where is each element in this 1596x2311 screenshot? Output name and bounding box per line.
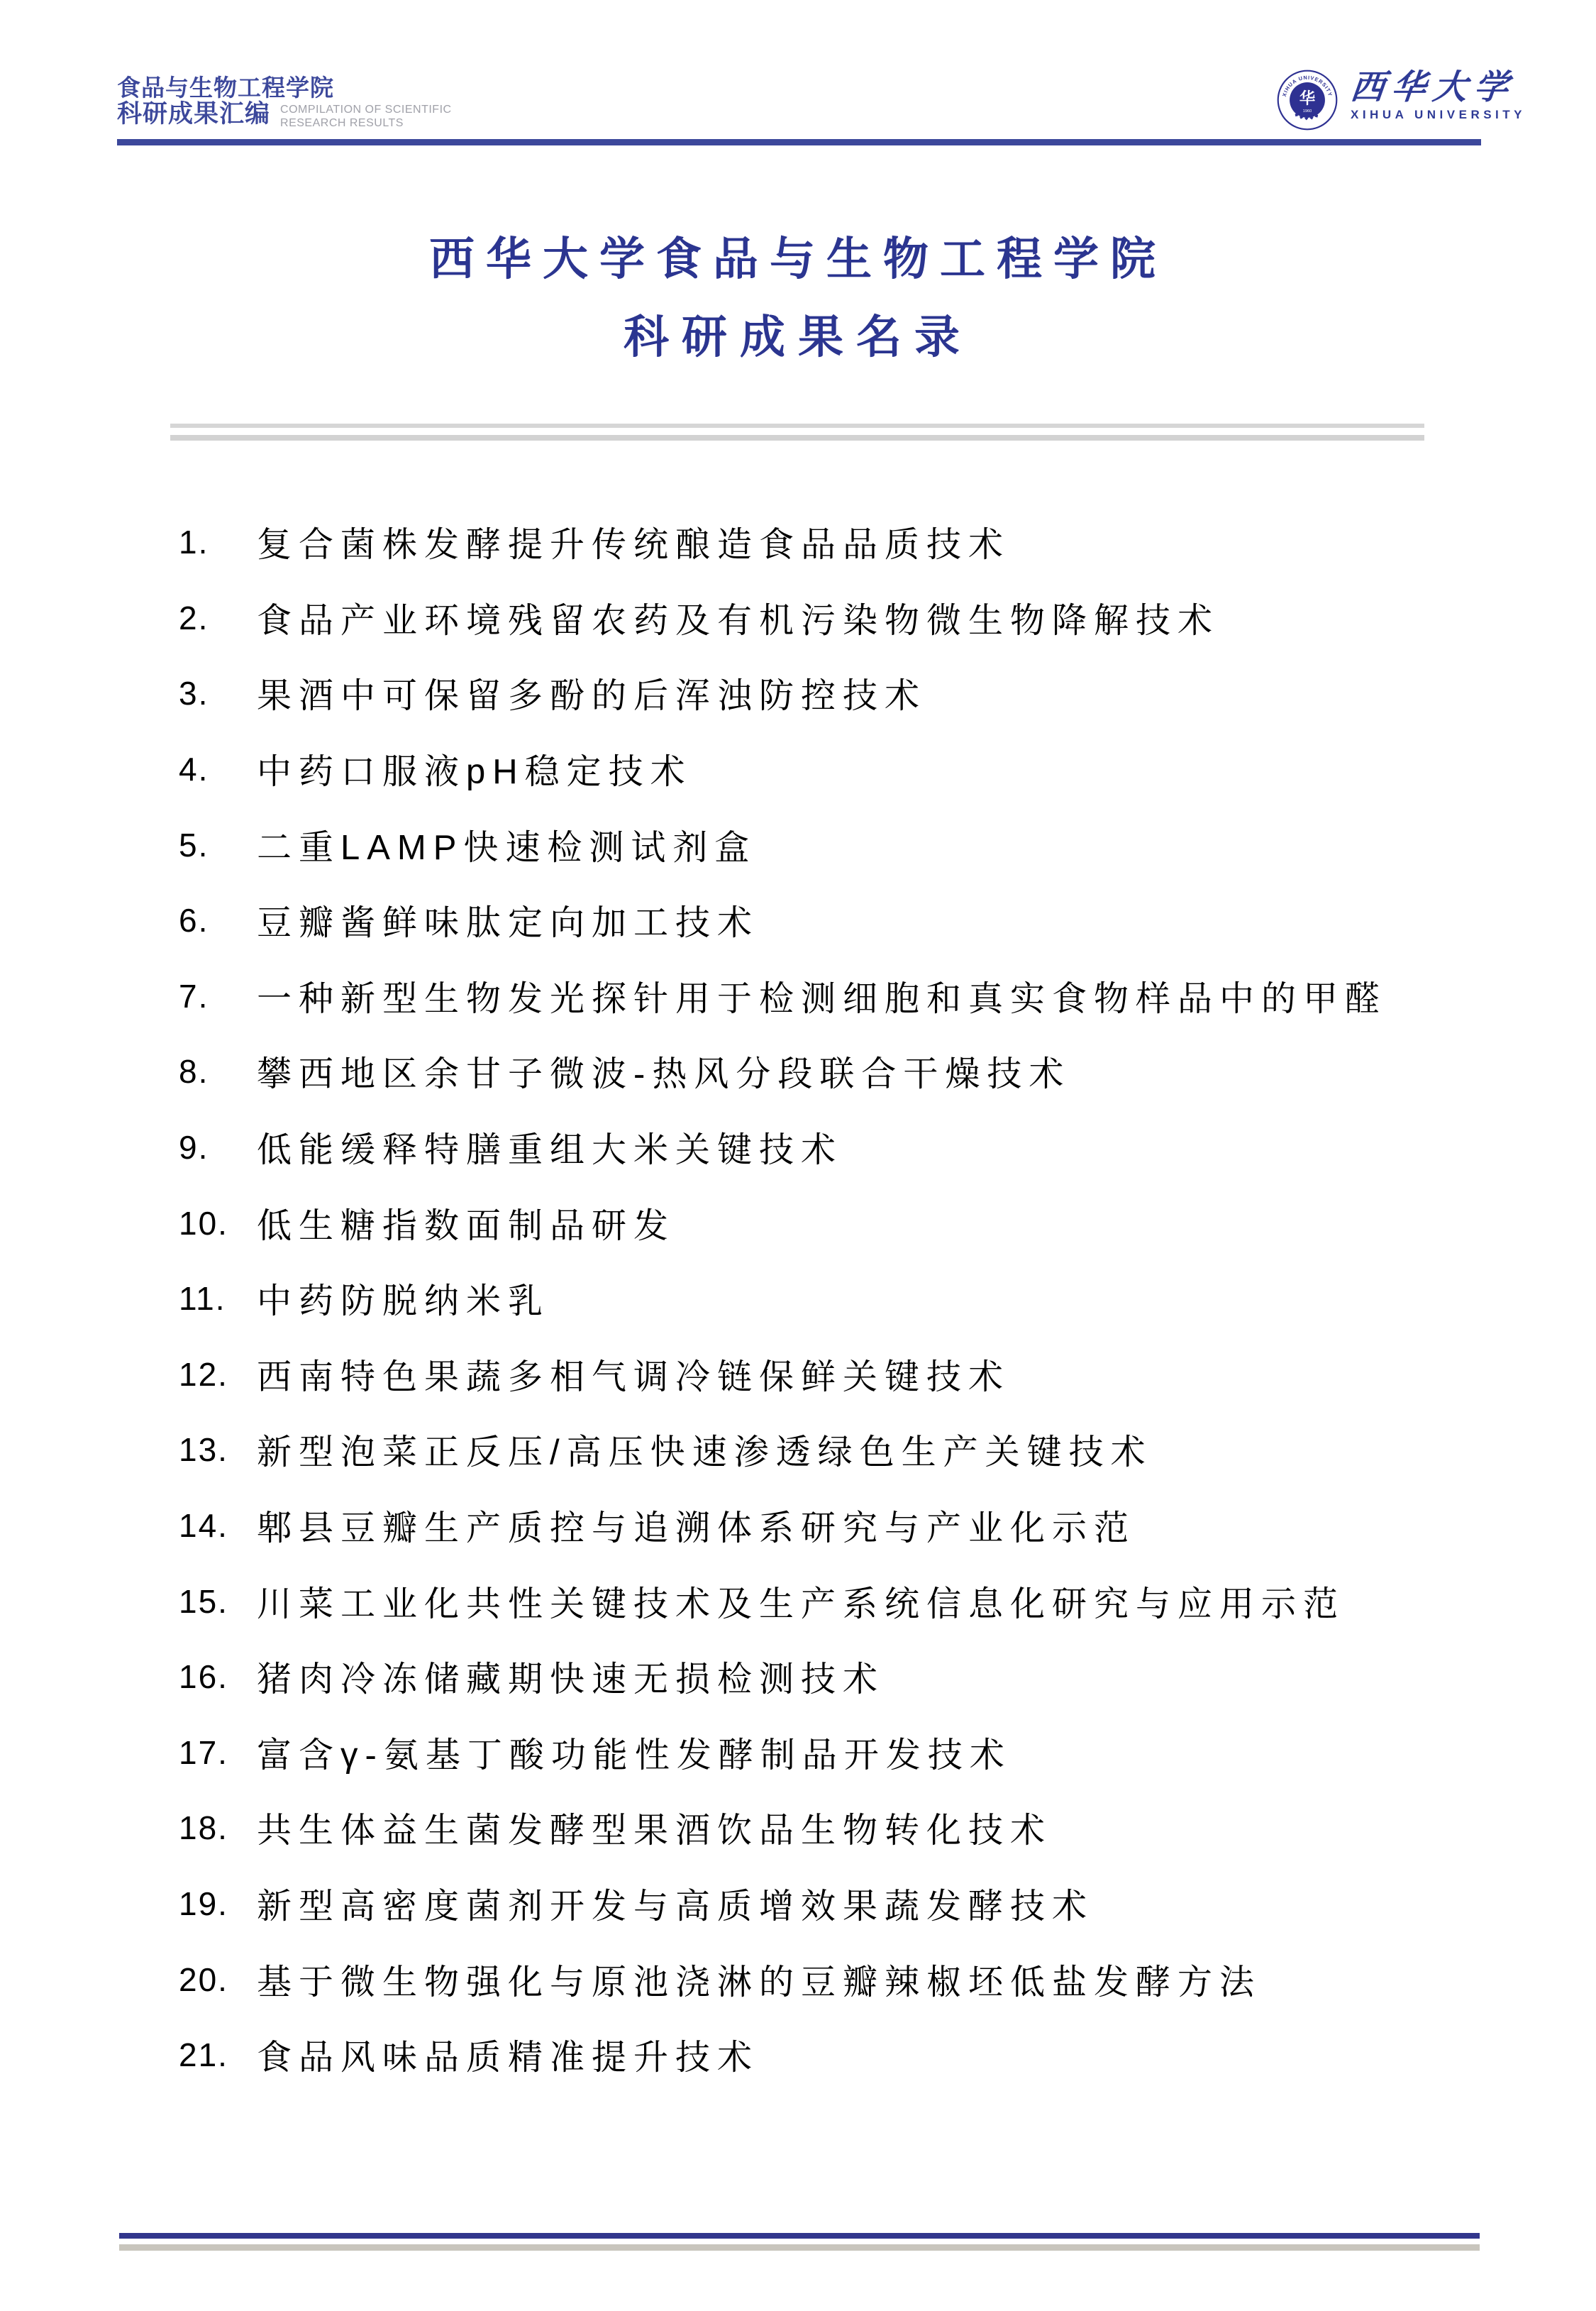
- list-item: 17.富含γ-氨基丁酸功能性发酵制品开发技术: [0, 1715, 1596, 1791]
- list-item-number: 8.: [179, 1052, 257, 1091]
- list-item-text: 豆瓣酱鲜味肽定向加工技术: [257, 895, 759, 945]
- list-item-number: 20.: [179, 1960, 257, 1999]
- list-item-text: 一种新型生物发光探针用于检测细胞和真实食物样品中的甲醛: [257, 971, 1387, 1021]
- list-item-text: 新型高密度菌剂开发与高质增效果蔬发酵技术: [257, 1879, 1094, 1929]
- list-item: 11.中药防脱纳米乳: [0, 1261, 1596, 1337]
- list-item-number: 13.: [179, 1430, 257, 1469]
- list-item: 3.果酒中可保留多酚的后浑浊防控技术: [0, 656, 1596, 732]
- list-item-text: 攀西地区余甘子微波-热风分段联合干燥技术: [257, 1047, 1070, 1096]
- list-item: 7.一种新型生物发光探针用于检测细胞和真实食物样品中的甲醛: [0, 959, 1596, 1035]
- list-item-text: 基于微生物强化与原池浇淋的豆瓣辣椒坯低盐发酵方法: [257, 1955, 1261, 2004]
- list-item-number: 9.: [179, 1128, 257, 1166]
- list-item-number: 10.: [179, 1204, 257, 1242]
- page-title-line1: 西华大学食品与生物工程学院: [0, 228, 1596, 289]
- list-item-text: 食品风味品质精准提升技术: [257, 2030, 759, 2080]
- list-item: 6.豆瓣酱鲜味肽定向加工技术: [0, 883, 1596, 959]
- list-item-text: 果酒中可保留多酚的后浑浊防控技术: [257, 668, 926, 718]
- list-item: 4.中药口服液pH稳定技术: [0, 732, 1596, 807]
- list-item-text: 低生糖指数面制品研发: [257, 1198, 675, 1248]
- list-item-text: 新型泡菜正反压/高压快速渗透绿色生产关键技术: [257, 1425, 1153, 1474]
- list-item: 20.基于微生物强化与原池浇淋的豆瓣辣椒坯低盐发酵方法: [0, 1941, 1596, 2017]
- list-item: 1.复合菌株发酵提升传统酿造食品品质技术: [0, 504, 1596, 580]
- list-item-text: 中药口服液pH稳定技术: [257, 744, 692, 794]
- list-item: 2.食品产业环境残留农药及有机污染物微生物降解技术: [0, 580, 1596, 656]
- list-item-number: 7.: [179, 977, 257, 1015]
- list-item-number: 5.: [179, 826, 257, 864]
- list-item: 21.食品风味品质精准提升技术: [0, 2017, 1596, 2093]
- list-item: 14.郫县豆瓣生产质控与追溯体系研究与产业化示范: [0, 1488, 1596, 1564]
- list-item: 10.低生糖指数面制品研发: [0, 1185, 1596, 1261]
- list-item: 9.低能缓释特膳重组大米关键技术: [0, 1110, 1596, 1186]
- seal-year: 1960: [1303, 109, 1312, 114]
- list-item-text: 中药防脱纳米乳: [257, 1274, 550, 1323]
- list-item-text: 猪肉冷冻储藏期快速无损检测技术: [257, 1652, 885, 1701]
- list-item-text: 共生体益生菌发酵型果酒饮品生物转化技术: [257, 1803, 1052, 1853]
- list-item-number: 3.: [179, 674, 257, 712]
- compilation-subtitle-en-line1: COMPILATION OF SCIENTIFIC: [280, 103, 452, 116]
- compilation-subtitle-en-line2: RESEARCH RESULTS: [280, 116, 452, 130]
- page-title: 西华大学食品与生物工程学院 科研成果名录: [0, 228, 1596, 368]
- university-name-en: XIHUA UNIVERSITY: [1351, 108, 1526, 122]
- list-item-number: 18.: [179, 1809, 257, 1847]
- list-item-number: 6.: [179, 901, 257, 939]
- title-divider: [170, 424, 1424, 441]
- compilation-subtitle-en: COMPILATION OF SCIENTIFIC RESEARCH RESUL…: [280, 103, 452, 130]
- list-item: 15.川菜工业化共性关键技术及生产系统信息化研究与应用示范: [0, 1563, 1596, 1639]
- list-item-number: 19.: [179, 1885, 257, 1923]
- footer-rule-gray: [119, 2244, 1480, 2251]
- list-item: 8.攀西地区余甘子微波-热风分段联合干燥技术: [0, 1034, 1596, 1110]
- list-item-number: 1.: [179, 523, 257, 561]
- list-item: 18.共生体益生菌发酵型果酒饮品生物转化技术: [0, 1790, 1596, 1866]
- header-left-block: 食品与生物工程学院 科研成果汇编 COMPILATION OF SCIENTIF…: [117, 75, 452, 130]
- list-item-text: 食品产业环境残留农药及有机污染物微生物降解技术: [257, 593, 1219, 643]
- list-item-number: 4.: [179, 750, 257, 788]
- college-name: 食品与生物工程学院: [117, 75, 452, 101]
- list-item-number: 21.: [179, 2036, 257, 2074]
- university-wordmark: 西华大学 XIHUA UNIVERSITY: [1351, 70, 1526, 122]
- divider-bar-bottom: [170, 435, 1424, 441]
- list-item-number: 2.: [179, 599, 257, 637]
- list-item-number: 11.: [179, 1279, 257, 1318]
- list-item: 12.西南特色果蔬多相气调冷链保鲜关键技术: [0, 1337, 1596, 1413]
- list-item-text: 西南特色果蔬多相气调冷链保鲜关键技术: [257, 1350, 1010, 1399]
- list-item: 16.猪肉冷冻储藏期快速无损检测技术: [0, 1639, 1596, 1715]
- list-item-text: 低能缓释特膳重组大米关键技术: [257, 1123, 843, 1172]
- document-page: 食品与生物工程学院 科研成果汇编 COMPILATION OF SCIENTIF…: [0, 0, 1596, 2311]
- achievement-list: 1.复合菌株发酵提升传统酿造食品品质技术2.食品产业环境残留农药及有机污染物微生…: [0, 504, 1596, 2092]
- university-name-zh: 西华大学: [1348, 70, 1527, 106]
- seal-center-glyph: 华: [1299, 89, 1315, 107]
- list-item: 13.新型泡菜正反压/高压快速渗透绿色生产关键技术: [0, 1412, 1596, 1488]
- list-item-number: 12.: [179, 1355, 257, 1394]
- list-item: 19.新型高密度菌剂开发与高质增效果蔬发酵技术: [0, 1866, 1596, 1942]
- list-item-text: 川菜工业化共性关键技术及生产系统信息化研究与应用示范: [257, 1577, 1345, 1626]
- page-title-line2: 科研成果名录: [0, 307, 1596, 368]
- list-item: 5.二重LAMP快速检测试剂盒: [0, 807, 1596, 883]
- divider-bar-top: [170, 424, 1424, 428]
- compilation-title: 科研成果汇编: [117, 101, 270, 128]
- university-seal-icon: XIHUA UNIVERSITY ◆◆◆◆◆ 华 1960: [1277, 70, 1338, 131]
- list-item-text: 郫县豆瓣生产质控与追溯体系研究与产业化示范: [257, 1501, 1136, 1550]
- list-item-text: 富含γ-氨基丁酸功能性发酵制品开发技术: [257, 1728, 1012, 1777]
- header-rule: [117, 139, 1481, 145]
- list-item-text: 复合菌株发酵提升传统酿造食品品质技术: [257, 517, 1010, 567]
- list-item-number: 14.: [179, 1506, 257, 1545]
- list-item-number: 15.: [179, 1582, 257, 1621]
- list-item-number: 16.: [179, 1658, 257, 1696]
- footer-rule-blue: [119, 2233, 1480, 2239]
- list-item-number: 17.: [179, 1733, 257, 1772]
- list-item-text: 二重LAMP快速检测试剂盒: [257, 820, 756, 870]
- university-logo-block: XIHUA UNIVERSITY ◆◆◆◆◆ 华 1960 西华大学 XIHUA…: [1277, 70, 1526, 131]
